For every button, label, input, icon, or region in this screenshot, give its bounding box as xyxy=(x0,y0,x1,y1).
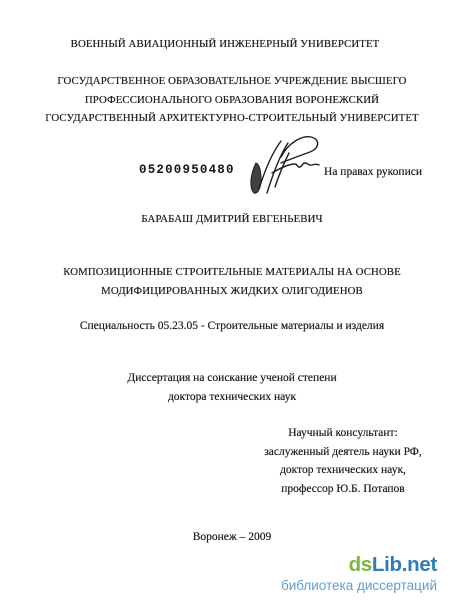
consultant-block: Научный консультант: заслуженный деятель… xyxy=(257,424,429,499)
dissertation-title-line: МОДИФИЦИРОВАННЫХ ЖИДКИХ ОЛИГОДИЕНОВ xyxy=(14,282,450,301)
degree-statement: Диссертация на соискание ученой степени … xyxy=(14,369,450,407)
dissertation-title-line: КОМПОЗИЦИОННЫЕ СТРОИТЕЛЬНЫЕ МАТЕРИАЛЫ НА… xyxy=(14,263,450,282)
institution-line: ГОСУДАРСТВЕННЫЙ АРХИТЕКТУРНО-СТРОИТЕЛЬНЫ… xyxy=(14,109,450,128)
dslib-logo-subtitle: библиотека диссертаций xyxy=(281,579,437,594)
university-name: ВОЕННЫЙ АВИАЦИОННЫЙ ИНЖЕНЕРНЫЙ УНИВЕРСИТ… xyxy=(0,38,450,50)
dslib-logo-text[interactable]: dsLib.net xyxy=(281,554,437,577)
city-year: Воронеж – 2009 xyxy=(14,531,450,543)
consultant-line: заслуженный деятель науки РФ, xyxy=(257,443,429,462)
dissertation-title-page: ВОЕННЫЙ АВИАЦИОННЫЙ ИНЖЕНЕРНЫЙ УНИВЕРСИТ… xyxy=(0,0,450,608)
author-name: БАРАБАШ ДМИТРИЙ ЕВГЕНЬЕВИЧ xyxy=(14,213,450,225)
dissertation-title: КОМПОЗИЦИОННЫЕ СТРОИТЕЛЬНЫЕ МАТЕРИАЛЫ НА… xyxy=(14,263,450,300)
consultant-line: Научный консультант: xyxy=(257,424,429,443)
dslib-logo-ds: ds xyxy=(349,553,372,576)
degree-statement-line: доктора технических наук xyxy=(14,388,450,407)
dslib-logo-libnet: Lib.net xyxy=(372,553,437,576)
institution-line: ГОСУДАРСТВЕННОЕ ОБРАЗОВАТЕЛЬНОЕ УЧРЕЖДЕН… xyxy=(14,72,450,91)
dslib-logo[interactable]: dsLib.net библиотека диссертаций xyxy=(281,554,437,593)
institution-line: ПРОФЕССИОНАЛЬНОГО ОБРАЗОВАНИЯ ВОРОНЕЖСКИ… xyxy=(14,91,450,110)
catalog-number: 05200950480 xyxy=(139,163,235,177)
institution-block: ГОСУДАРСТВЕННОЕ ОБРАЗОВАТЕЛЬНОЕ УЧРЕЖДЕН… xyxy=(14,72,450,128)
manuscript-rights-note: На правах рукописи xyxy=(324,166,422,178)
consultant-line: профессор Ю.Б. Потапов xyxy=(257,480,429,499)
specialty-line: Специальность 05.23.05 - Строительные ма… xyxy=(14,320,450,332)
signature-icon xyxy=(236,133,320,201)
degree-statement-line: Диссертация на соискание ученой степени xyxy=(14,369,450,388)
consultant-line: доктор технических наук, xyxy=(257,461,429,480)
